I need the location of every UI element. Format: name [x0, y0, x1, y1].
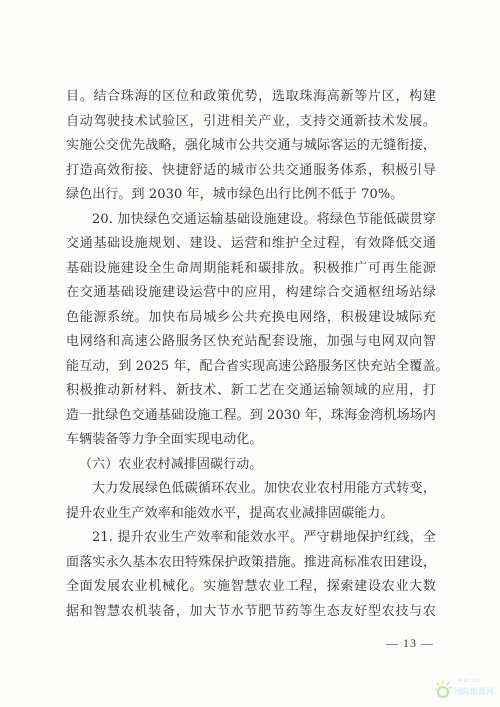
text-line: 积极推动新材料、新技术、新工艺在交通运输领域的应用，打: [66, 379, 436, 404]
text-line: 打造高效衔接、快捷舒适的城市公共交通服务体系，积极引导: [66, 159, 436, 184]
text-line: 在交通基础设施建设运营中的应用，构建综合交通枢纽场站绿: [66, 281, 436, 306]
text-line: 大力发展绿色低碳循环农业。加快农业农村用能方式转变，: [66, 477, 436, 502]
text-line: 20. 加快绿色交通运输基础设施建设。将绿色节能低碳贯穿: [66, 208, 436, 233]
text-line: 绿色出行。到 2030 年，城市绿色出行比例不低于 70%。: [66, 183, 436, 208]
sun-logo-icon: [434, 678, 456, 700]
text-line: 自动驾驶技术试验区，引进相关产业，支持交通新技术发展。: [66, 110, 436, 135]
section-heading: （六）农业农村减排固碳行动。: [66, 453, 436, 478]
text-line: 能互动，到 2025 年，配合省实现高速公路服务区快充站全覆盖。: [66, 355, 436, 380]
text-line: 提升农业生产效率和能效水平，提高农业减排固碳能力。: [66, 502, 436, 527]
watermark-logo: IN-EN.COM 国际能源网: [432, 676, 498, 702]
watermark-small-text: IN-EN.COM: [458, 678, 480, 683]
text-line: 实施公交优先战略，强化城市公共交通与城际客运的无缝衔接，: [66, 134, 436, 159]
text-line: 电网络和高速公路服务区快充站配套设施，加强与电网双向智: [66, 330, 436, 355]
text-line: 色能源系统。加快布局城乡公共充换电网络，积极建设城际充: [66, 306, 436, 331]
text-line: 目。结合珠海的区位和政策优势，选取珠海高新等片区，构建: [66, 85, 436, 110]
text-line: 车辆装备等力争全面实现电动化。: [66, 428, 436, 453]
text-line: 据和智慧农机装备，加大节水节肥节药等生态友好型农技与农: [66, 600, 436, 625]
page-number: — 13 —: [386, 636, 434, 651]
text-line: 基础设施建设全生命周期能耗和碳排放。积极推广可再生能源: [66, 257, 436, 282]
watermark-text: 国际能源网: [454, 686, 494, 697]
text-line: 交通基础设施规划、建设、运营和维护全过程，有效降低交通: [66, 232, 436, 257]
document-page: 目。结合珠海的区位和政策优势，选取珠海高新等片区，构建自动驾驶技术试验区，引进相…: [0, 0, 500, 707]
text-line: 面落实永久基本农田特殊保护政策措施。推进高标准农田建设，: [66, 551, 436, 576]
text-line: 21. 提升农业生产效率和能效水平。严守耕地保护红线，全: [66, 526, 436, 551]
text-line: 造一批绿色交通基础设施工程。到 2030 年，珠海金湾机场场内: [66, 404, 436, 429]
text-line: 全面发展农业机械化。实施智慧农业工程，探索建设农业大数: [66, 575, 436, 600]
body-text: 目。结合珠海的区位和政策优势，选取珠海高新等片区，构建自动驾驶技术试验区，引进相…: [66, 85, 436, 624]
